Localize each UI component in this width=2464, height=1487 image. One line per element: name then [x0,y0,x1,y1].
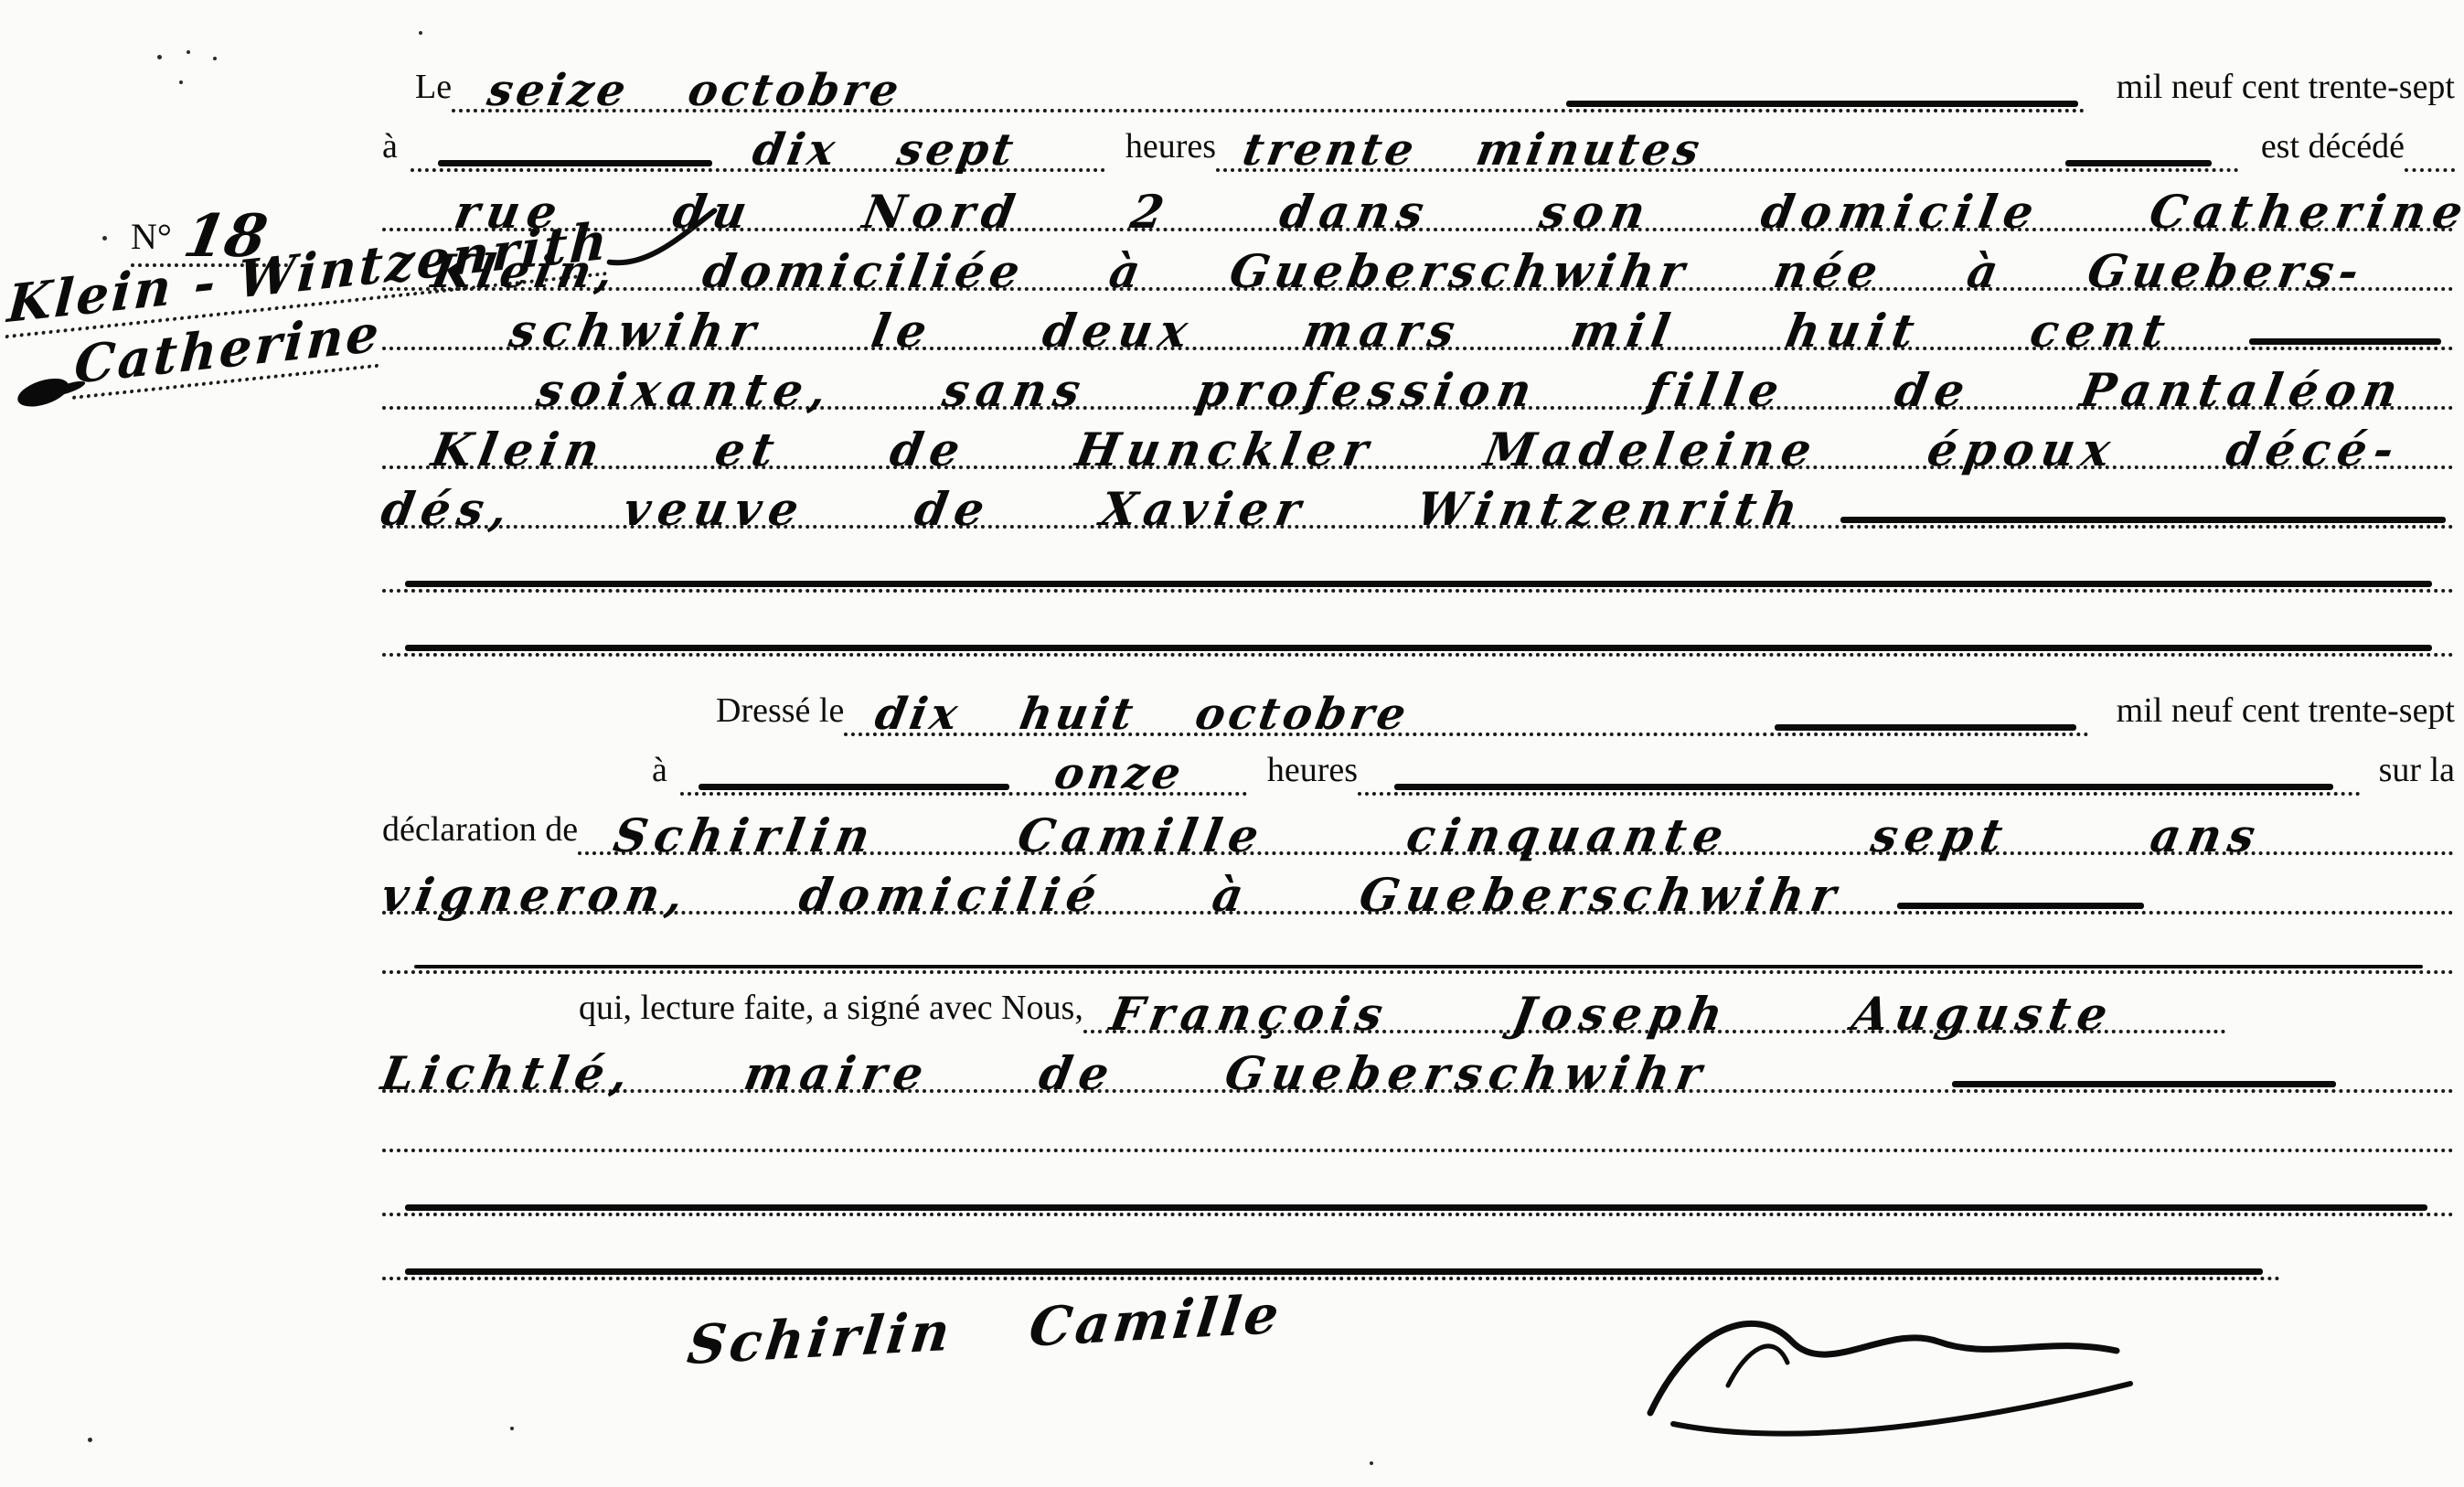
printed-est-decede: est décédé [2261,126,2405,172]
line-lecture: qui, lecture faite, a signé avec Nous, F… [382,974,2455,1033]
fill-corps: rue du Nord 2 dans son domicile Catherin… [382,185,2455,231]
fill-corps: dés, veuve de Xavier Wintzenrith [382,482,2455,529]
blank-struck-line [382,1152,2455,1216]
scan-speck [179,80,183,84]
scan-speck [187,50,190,54]
hw-date-deces: seize octobre [484,65,906,116]
strike-bar [699,784,1009,790]
fill-corps: Klein, domiciliée à Gueberschwihr née à … [382,244,2455,291]
strike-bar [1394,784,2333,790]
blank-struck-line [382,529,2455,593]
scan-speck [510,1427,514,1430]
strike-bar [405,581,2432,587]
fill-corps: schwihr le deux mars mil huit cent [382,304,2455,350]
printed-dresse-le: Dressé le [716,690,844,736]
fill-declarant: Schirlin Camille cinquante sept ans [578,808,2455,855]
printed-annee: mil neuf cent trente-sept [2117,67,2455,112]
fill-heure-acte: onze [680,748,1247,796]
line-dresse-le: Dressé le dix huit octobre mil neuf cent… [382,677,2455,736]
strike-bar [405,1204,2427,1211]
fill-blank [382,965,2455,974]
line-corps-6: dés, veuve de Xavier Wintzenrith [382,469,2455,529]
hw-date-acte: dix huit octobre [871,689,1413,740]
hw-signature-declarant: Schirlin Camille [684,1283,1285,1377]
printed-a: à [382,126,398,172]
line-date-deces: Le seize octobre mil neuf cent trente-se… [382,53,2455,112]
printed-annee-acte: mil neuf cent trente-sept [2117,690,2455,736]
strike-bar [2065,160,2212,166]
fill-date-acte: dix huit octobre [844,689,2088,736]
printed-sur-la: sur la [2379,750,2455,796]
line-corps-3: schwihr le deux mars mil huit cent [382,291,2455,350]
ink-blot [15,373,72,412]
printed-a-acte: à [652,750,667,796]
strike-bar [1566,101,2078,107]
strike-bar [1775,724,2076,731]
blank-struck-line [382,593,2455,657]
line-corps-5: Klein et de Hunckler Madeleine époux déc… [382,410,2455,469]
line-officier-suite: Lichtlé, maire de Gueberschwihr [382,1033,2455,1093]
strike-bar [414,965,2423,968]
strike-bar [1952,1081,2336,1087]
strike-bar [405,645,2432,651]
scan-speck [1370,1461,1373,1465]
fill-blank [382,645,2455,657]
strike-bar [1897,903,2144,909]
strike-bar [405,1268,2263,1275]
fill-blank [1358,784,2361,796]
act-body: Le seize octobre mil neuf cent trente-se… [382,53,2455,1280]
printed-mention-lecture: qui, lecture faite, a signé avec Nous, [579,988,1083,1033]
fill-corps: Klein et de Hunckler Madeleine époux déc… [382,423,2455,469]
strike-bar [2249,338,2441,345]
fill-officier-suite: Lichtlé, maire de Gueberschwihr [382,1046,2455,1093]
line-declarant-suite: vigneron, domicilié à Gueberschwihr [382,855,2455,915]
line-heure-acte: à onze heures sur la [382,736,2455,796]
line-corps-4: soixante, sans profession fille de Panta… [382,350,2455,410]
printed-declaration-de: déclaration de [382,809,578,855]
strike-bar [1840,517,2446,523]
fill-date-deces: seize octobre [452,65,2085,112]
line-declaration: déclaration de Schirlin Camille cinquant… [382,796,2455,855]
blank-dotted-line [382,1093,2455,1152]
scan-speck [213,57,217,60]
blank-struck-line [382,1216,2455,1280]
blank-dotted-line [382,915,2455,974]
scan-speck [102,236,107,241]
printed-heures: heures [1125,126,1216,172]
line-heure-deces: à dix sept heures trente minutes est déc… [382,112,2455,172]
fill-declarant-suite: vigneron, domicilié à Gueberschwihr [382,868,2455,915]
spacer [382,657,2455,677]
mayor-signature-flourish [1618,1276,2158,1459]
line-corps-2: Klein, domiciliée à Gueberschwihr née à … [382,231,2455,291]
hw-heure-acte: onze [1051,748,1189,799]
fill-blank [382,581,2455,593]
death-certificate-scan: N° 18 Klein - Wintzenrith Catherine Le s… [0,0,2464,1487]
hw-minutes-deces: trente minutes [1239,124,1707,176]
line-corps-1: rue du Nord 2 dans son domicile Catherin… [382,172,2455,231]
fill-heure-deces: dix sept [411,124,1105,172]
printed-heures-acte: heures [1267,750,1358,796]
fill-officier: François Joseph Auguste [1083,987,2226,1033]
fill-blank [382,1204,2455,1216]
printed-le: Le [415,67,452,112]
scan-speck [88,1438,92,1442]
hw-heure-deces: dix sept [749,124,1020,176]
scan-speck [157,55,162,59]
fill-corps: soixante, sans profession fille de Panta… [382,363,2455,410]
fill-minutes: trente minutes [1216,124,2239,172]
strike-bar [438,160,712,166]
scan-speck [419,31,422,35]
declarant-signature: Schirlin Camille [687,1283,1284,1376]
